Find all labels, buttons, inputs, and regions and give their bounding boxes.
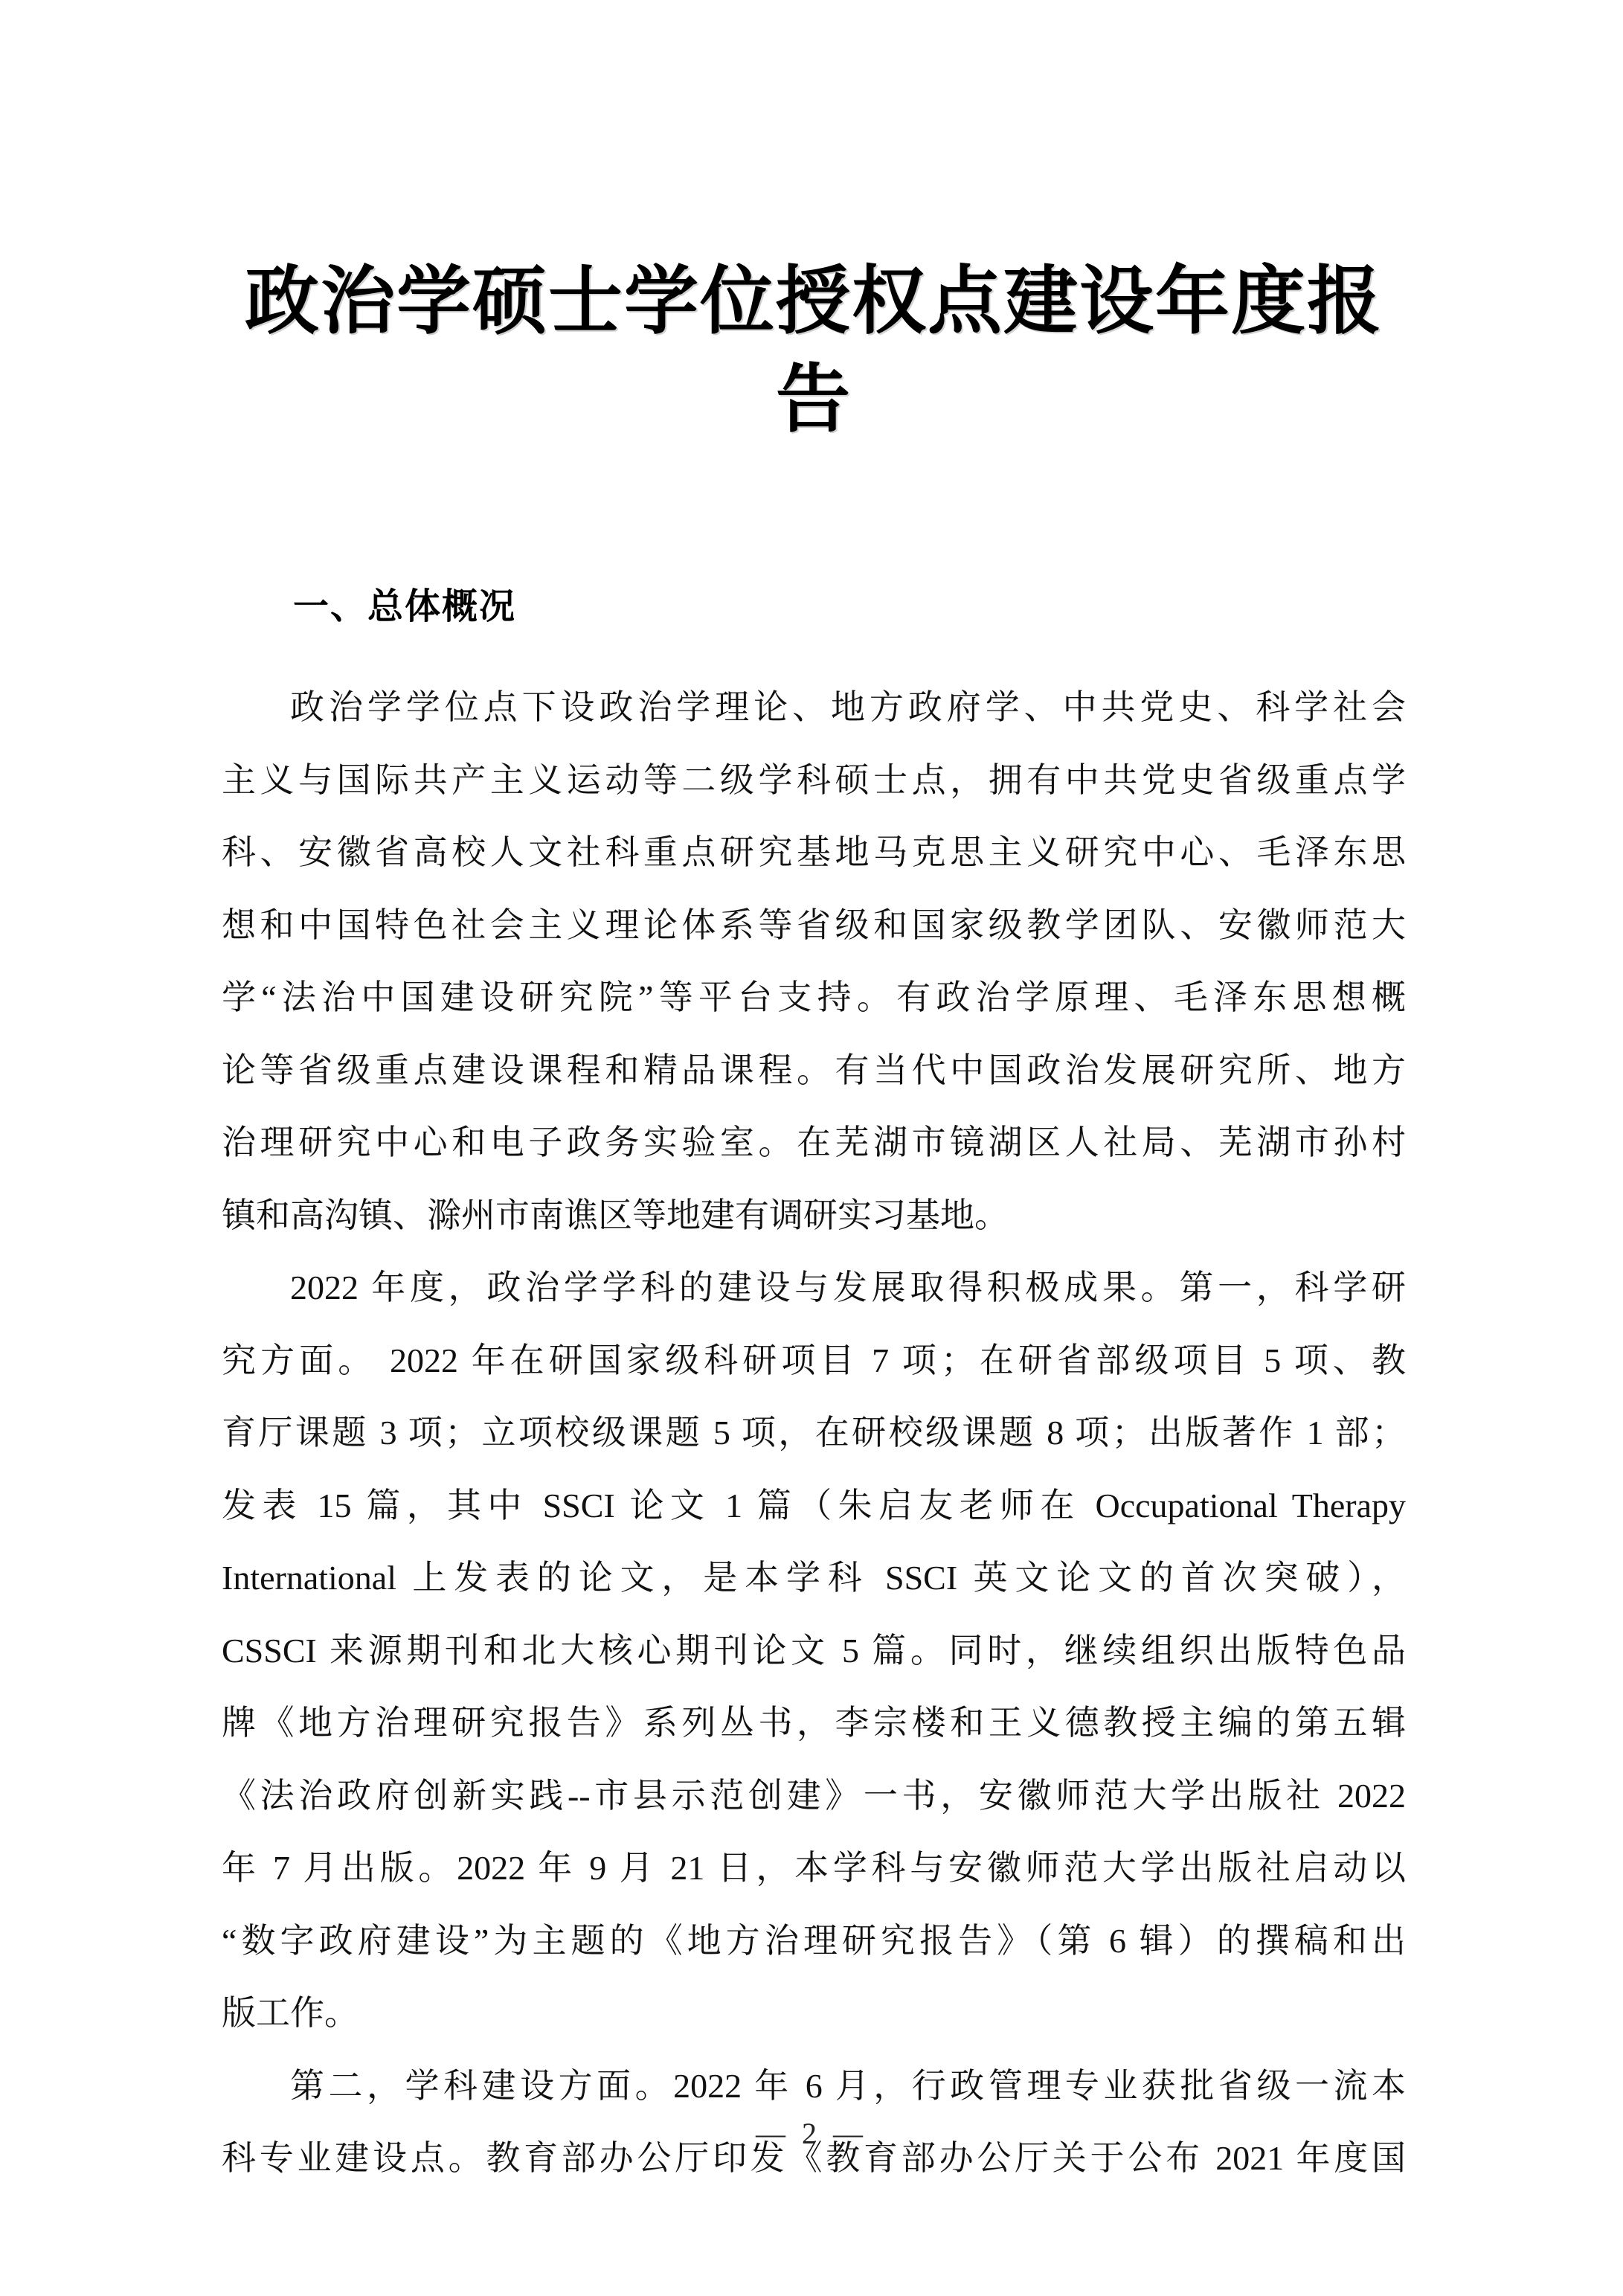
page-number: — 2 —: [0, 2111, 1623, 2156]
text-line: 年 7 月出版。2022 年 9 月 21 日，本学科与安徽师范大学出版社启动以: [222, 1832, 1406, 1905]
text-line: 科、安徽省高校人文社科重点研究基地马克思主义研究中心、毛泽东思: [222, 816, 1406, 889]
text-line: 主义与国际共产主义运动等二级学科硕士点，拥有中共党史省级重点学: [222, 744, 1406, 817]
text-line: CSSCI 来源期刊和北大核心期刊论文 5 篇。同时，继续组织出版特色品: [222, 1614, 1406, 1687]
text-line: 发表 15 篇，其中 SSCI 论文 1 篇（朱启友老师在 Occupation…: [222, 1469, 1406, 1542]
section-heading: 一、总体概况: [222, 585, 1406, 629]
text-line: 治理研究中心和电子政务实验室。在芜湖市镜湖区人社局、芜湖市孙村: [222, 1106, 1406, 1179]
text-line: 论等省级重点建设课程和精品课程。有当代中国政治发展研究所、地方: [222, 1034, 1406, 1107]
text-line: 究方面。 2022 年在研国家级科研项目 7 项；在研省部级项目 5 项、教: [222, 1324, 1406, 1397]
text-line: 版工作。: [222, 1977, 1406, 2050]
document-page: 政治学硕士学位授权点建设年度报告 一、总体概况 政治学学位点下设政治学理论、地方…: [0, 0, 1623, 2296]
text-line: 育厅课题 3 项；立项校级课题 5 项，在研校级课题 8 项；出版著作 1 部；: [222, 1396, 1406, 1469]
text-line: “数字政府建设”为主题的《地方治理研究报告》（第 6 辑）的撰稿和出: [222, 1905, 1406, 1978]
text-line: 学“法治中国建设研究院”等平台支持。有政治学原理、毛泽东思想概: [222, 961, 1406, 1034]
text-line: 《法治政府创新实践--市县示范创建》一书，安徽师范大学出版社 2022: [222, 1760, 1406, 1832]
text-line: 想和中国特色社会主义理论体系等省级和国家级教学团队、安徽师范大: [222, 889, 1406, 962]
text-line: 镇和高沟镇、滁州市南谯区等地建有调研实习基地。: [222, 1179, 1406, 1252]
text-line: 2022 年度，政治学学科的建设与发展取得积极成果。第一，科学研: [222, 1251, 1406, 1324]
document-body: 政治学学位点下设政治学理论、地方政府学、中共党史、科学社会主义与国际共产主义运动…: [222, 671, 1406, 2195]
text-line: International 上发表的论文，是本学科 SSCI 英文论文的首次突破…: [222, 1542, 1406, 1614]
document-title: 政治学硕士学位授权点建设年度报告: [222, 0, 1406, 449]
text-line: 政治学学位点下设政治学理论、地方政府学、中共党史、科学社会: [222, 671, 1406, 744]
text-line: 牌《地方治理研究报告》系列丛书，李宗楼和王义德教授主编的第五辑: [222, 1687, 1406, 1760]
